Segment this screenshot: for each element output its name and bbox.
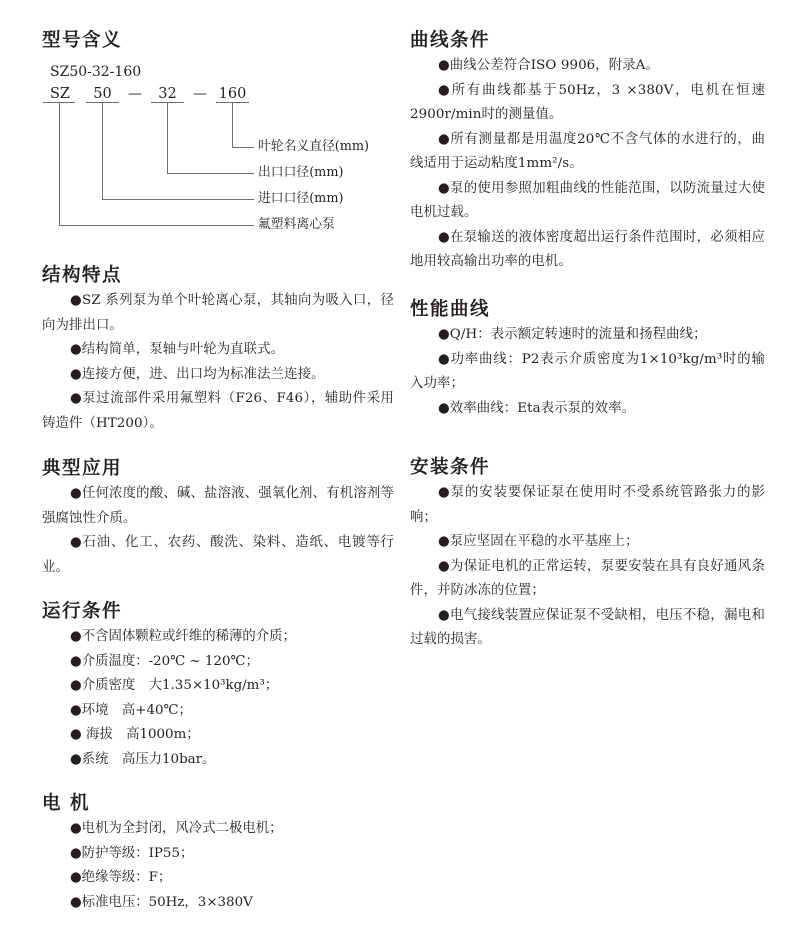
label-outlet-diameter: 出口口径(mm) bbox=[258, 165, 343, 181]
connector-line bbox=[59, 102, 60, 226]
paragraph: ●任何浓度的酸、碱、盐溶液、强氧化剂、有机溶剂等强腐蚀性介质。 bbox=[42, 482, 394, 531]
list-item: ●系统 高压力10bar。 bbox=[42, 748, 394, 773]
connector-line bbox=[102, 102, 103, 199]
paragraph: ●连接方便，进、出口均为标准法兰连接。 bbox=[42, 363, 394, 388]
list-item: ●防护等级：IP55； bbox=[42, 842, 394, 867]
section-heading: 电 机 bbox=[42, 792, 394, 816]
section-structure: 结构特点 ●SZ 系列泵为单个叶轮离心泵，其轴向为吸入口，径向为排出口。 ●结构… bbox=[42, 264, 394, 436]
section-heading: 运行条件 bbox=[42, 600, 394, 624]
model-segment-inlet: 50 bbox=[86, 85, 119, 103]
model-code: SZ50-32-160 bbox=[50, 63, 141, 81]
list-item: ●环境 高+40℃； bbox=[42, 699, 394, 724]
section-motor: 电 机 ●电机为全封闭，风冷式二极电机； ●防护等级：IP55； ●绝缘等级：F… bbox=[42, 792, 394, 915]
section-heading: 型号含义 bbox=[42, 29, 394, 53]
connector-line bbox=[167, 102, 168, 173]
list-item: ●绝缘等级：F； bbox=[42, 866, 394, 891]
paragraph: ●所有曲线都基于50Hz，3 ×380V，电机在恒速2900r/min时的测量值… bbox=[410, 79, 765, 128]
section-heading: 结构特点 bbox=[42, 264, 394, 288]
section-heading: 典型应用 bbox=[42, 457, 394, 481]
connector-line bbox=[102, 199, 254, 200]
section-heading: 曲线条件 bbox=[410, 29, 765, 53]
paragraph: ●泵应坚固在平稳的水平基座上； bbox=[410, 530, 765, 555]
paragraph: ●为保证电机的正常运转，泵要安装在具有良好通风条件，并防冰冻的位置； bbox=[410, 555, 765, 604]
paragraph: ●曲线公差符合ISO 9906，附录A。 bbox=[410, 54, 765, 79]
paragraph: ●电气接线装置应保证泵不受缺相，电压不稳，漏电和过载的损害。 bbox=[410, 604, 765, 653]
paragraph: ●所有测量都是用温度20℃不含气体的水进行的，曲线适用于运动粘度1mm²/s。 bbox=[410, 128, 765, 177]
list-item: ●介质温度：-20℃ ~ 120℃； bbox=[42, 650, 394, 675]
section-operating-conditions: 运行条件 ●不含固体颗粒或纤维的稀薄的介质； ●介质温度：-20℃ ~ 120℃… bbox=[42, 600, 394, 772]
paragraph: ●效率曲线：Eta表示泵的效率。 bbox=[410, 397, 765, 422]
paragraph: ●SZ 系列泵为单个叶轮离心泵，其轴向为吸入口，径向为排出口。 bbox=[42, 289, 394, 338]
section-heading: 安装条件 bbox=[410, 456, 765, 480]
paragraph: ●Q/H：表示额定转速时的流量和扬程曲线； bbox=[410, 323, 765, 348]
list-item: ●标准电压：50Hz，3×380V bbox=[42, 891, 394, 916]
section-applications: 典型应用 ●任何浓度的酸、碱、盐溶液、强氧化剂、有机溶剂等强腐蚀性介质。 ●石油… bbox=[42, 457, 394, 580]
label-inlet-diameter: 进口口径(mm) bbox=[258, 191, 343, 207]
connector-line bbox=[232, 102, 233, 147]
paragraph: ●泵的使用参照加粗曲线的性能范围，以防流量过大使电机过载。 bbox=[410, 177, 765, 226]
paragraph: ●在泵输送的液体密度超出运行条件范围时，必须相应地用较高输出功率的电机。 bbox=[410, 226, 765, 275]
paragraph: ●石油、化工、农药、酸洗、染料、造纸、电镀等行业。 bbox=[42, 531, 394, 580]
connector-line bbox=[59, 225, 254, 226]
list-item: ● 海拔 高1000m； bbox=[42, 723, 394, 748]
model-separator: — bbox=[193, 85, 207, 103]
section-curve-conditions: 曲线条件 ●曲线公差符合ISO 9906，附录A。 ●所有曲线都基于50Hz，3… bbox=[410, 29, 765, 275]
list-item: ●不含固体颗粒或纤维的稀薄的介质； bbox=[42, 625, 394, 650]
section-model-meaning: 型号含义 SZ50-32-160 SZ 50 — 32 — 160 叶轮名义直径… bbox=[42, 29, 394, 244]
connector-line bbox=[167, 173, 254, 174]
list-item: ●介质密度 大1.35×10³kg/m³； bbox=[42, 674, 394, 699]
label-pump-type: 氟塑料离心泵 bbox=[258, 217, 335, 233]
model-separator: — bbox=[128, 85, 142, 103]
paragraph: ●结构简单，泵轴与叶轮为直联式。 bbox=[42, 338, 394, 363]
connector-line bbox=[232, 147, 254, 148]
paragraph: ●泵过流部件采用氟塑料（F26、F46），辅助件采用铸造件（HT200）。 bbox=[42, 387, 394, 436]
model-segment-outlet: 32 bbox=[151, 85, 184, 103]
section-installation: 安装条件 ●泵的安装要保证泵在使用时不受系统管路张力的影响； ●泵应坚固在平稳的… bbox=[410, 456, 765, 653]
paragraph: ●功率曲线：P2表示介质密度为1×10³kg/m³时的输入功率； bbox=[410, 348, 765, 397]
list-item: ●电机为全封闭，风冷式二极电机； bbox=[42, 817, 394, 842]
section-performance-curves: 性能曲线 ●Q/H：表示额定转速时的流量和扬程曲线； ●功率曲线：P2表示介质密… bbox=[410, 298, 765, 421]
model-segment-impeller: 160 bbox=[216, 85, 249, 103]
label-impeller-diameter: 叶轮名义直径(mm) bbox=[258, 139, 369, 155]
paragraph: ●泵的安装要保证泵在使用时不受系统管路张力的影响； bbox=[410, 481, 765, 530]
model-segment-series: SZ bbox=[44, 85, 76, 103]
section-heading: 性能曲线 bbox=[410, 298, 765, 322]
